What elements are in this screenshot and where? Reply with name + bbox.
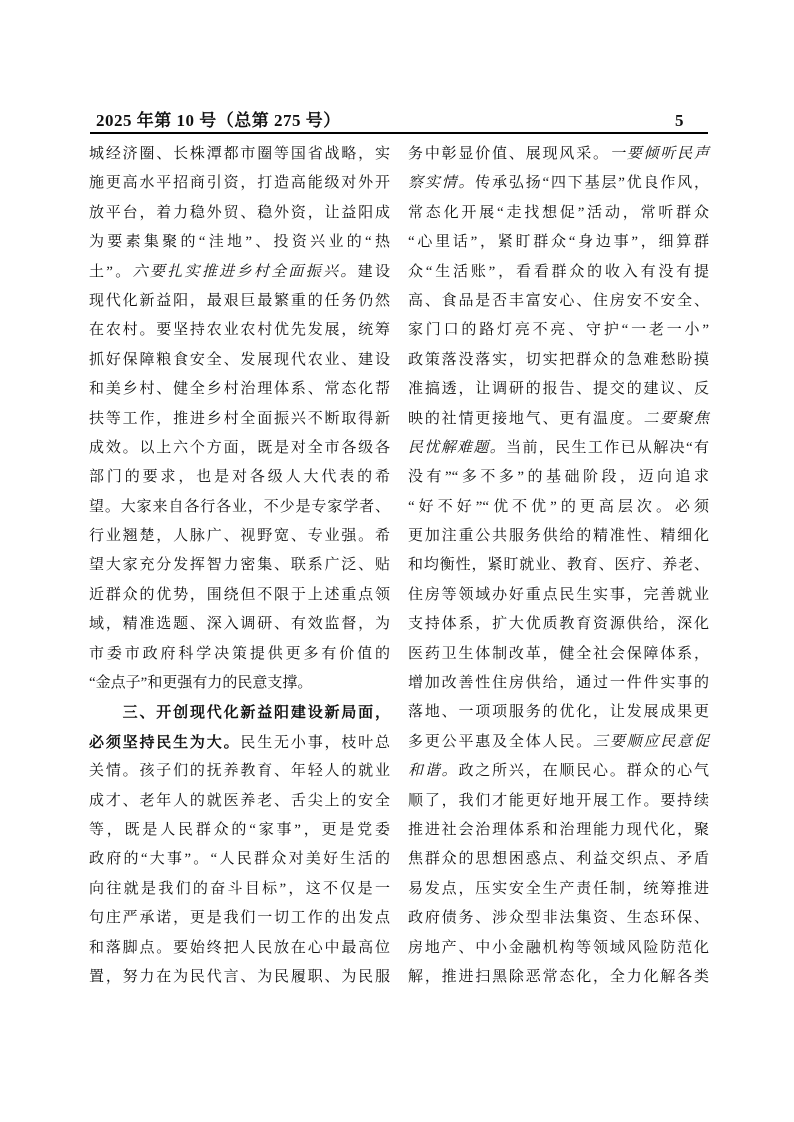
text-line: 等，既是人民群众的“家事”，更是党委: [89, 816, 390, 845]
text-segment: 政府的“大事”。“人民群众对美好生活的: [89, 851, 390, 867]
text-line: 更加注重公共服务供给的精准性、精细化: [408, 522, 709, 551]
emphasis-segment: 二要聚焦: [644, 411, 709, 427]
text-segment: 近群众的优势，围绕但不限于上述重点领: [89, 587, 390, 603]
text-segment: 市委市政府科学决策提供更多有价值的: [89, 646, 390, 662]
text-line: 增加改善性住房供给，通过一件件实事的: [408, 669, 709, 698]
text-line: 常态化开展“走找想促”活动，常听群众: [408, 199, 709, 228]
heading-segment: 必须坚持民生为大。: [89, 734, 240, 751]
text-line: 家门口的路灯亮不亮、守护“一老一小”: [408, 316, 709, 345]
header-rule: [90, 132, 708, 134]
heading-segment: 三、开创现代化新益阳建设新局面，: [123, 704, 390, 721]
text-segment: 家门口的路灯亮不亮、守护“一老一小”: [408, 322, 709, 338]
text-segment: 房地产、中小金融机构等领域风险防范化: [408, 940, 709, 956]
text-segment: 行业翘楚，人脉广、视野宽、专业强。希: [89, 528, 390, 544]
text-segment: 焦群众的思想困惑点、利益交织点、矛盾: [408, 851, 709, 867]
text-line: 为要素集聚的“洼地”、投资兴业的“热: [89, 228, 390, 257]
emphasis-segment: 六要扎实推进乡村全面振兴。: [133, 264, 358, 280]
emphasis-segment: 三要顺应民意促: [593, 734, 709, 750]
text-segment: 众“生活账”，看看群众的收入有没有提: [408, 264, 709, 280]
text-segment: 顺了，我们才能更好地开展工作。要持续: [408, 793, 709, 809]
text-segment: 准搞透，让调研的报告、提交的建议、反: [408, 381, 709, 397]
text-segment: 和落脚点。要始终把人民放在心中最高位: [89, 940, 390, 956]
text-line: 望大家充分发挥智力密集、联系广泛、贴: [89, 551, 390, 580]
text-segment: 城经济圈、长株潭都市圈等国省战略，实: [89, 146, 390, 162]
text-segment: 落地、一项项服务的优化，让发展成果更: [408, 704, 709, 720]
text-segment: 等，既是人民群众的“家事”，更是党委: [89, 822, 390, 838]
text-line: 政府债务、涉众型非法集资、生态环保、: [408, 904, 709, 933]
text-segment: 部门的要求，也是对各级人大代表的希: [89, 469, 390, 485]
text-segment: 政策落没落实，切实把群众的急难愁盼摸: [408, 352, 709, 368]
text-segment: 在农村。要坚持农业农村优先发展，统筹: [89, 322, 390, 338]
text-line: 房地产、中小金融机构等领域风险防范化: [408, 934, 709, 963]
emphasis-segment: 一要倾听民声: [610, 146, 709, 162]
text-segment: 解，推进扫黑除恶常态化，全力化解各类: [408, 969, 709, 985]
text-column-left: 城经济圈、长株潭都市圈等国省战略，实施更高水平招商引资，打造高能级对外开放平台，…: [89, 140, 390, 992]
text-line: 部门的要求，也是对各级人大代表的希: [89, 463, 390, 492]
text-line: 准搞透，让调研的报告、提交的建议、反: [408, 375, 709, 404]
text-line: 置，努力在为民代言、为民履职、为民服: [89, 963, 390, 992]
text-segment: 支持体系，扩大优质教育资源供给，深化: [408, 616, 709, 632]
text-segment: “心里话”，紧盯群众“身边事”，细算群: [408, 234, 709, 250]
text-line: “心里话”，紧盯群众“身边事”，细算群: [408, 228, 709, 257]
text-line: 高、食品是否丰富安心、住房安不安全、: [408, 287, 709, 316]
text-segment: 望大家充分发挥智力密集、联系广泛、贴: [89, 557, 390, 573]
text-line: 现代化新益阳，最艰巨最繁重的任务仍然: [89, 287, 390, 316]
text-segment: 医药卫生体制改革，健全社会保障体系，: [408, 646, 709, 662]
text-segment: 望。大家来自各行各业，不少是专家学者、: [89, 499, 390, 515]
text-line: 扶等工作，推进乡村全面振兴不断取得新: [89, 405, 390, 434]
text-segment: 传承弘扬“四下基层”优良作风，: [475, 175, 709, 191]
text-line: 放平台，着力稳外贸、稳外资，让益阳成: [89, 199, 390, 228]
text-segment: 住房等领域办好重点民生实事，完善就业: [408, 587, 709, 603]
text-segment: 成效。以上六个方面，既是对全市各级各: [89, 440, 390, 456]
text-segment: 没有”“多不多”的基础阶段，迈向追求: [408, 469, 709, 485]
text-line: 市委市政府科学决策提供更多有价值的: [89, 640, 390, 669]
text-line: 和均衡性，紧盯就业、教育、医疗、养老、: [408, 551, 709, 580]
text-segment: 当前，民生工作已从解决“有: [506, 440, 709, 456]
text-line: 望。大家来自各行各业，不少是专家学者、: [89, 493, 390, 522]
text-line: 在农村。要坚持农业农村优先发展，统筹: [89, 316, 390, 345]
issue-info: 2025 年第 10 号（总第 275 号）: [90, 106, 341, 131]
text-line: “金点子”和更强有力的民意支撑。: [89, 669, 390, 698]
text-segment: 施更高水平招商引资，打造高能级对外开: [89, 175, 390, 191]
text-line: 必须坚持民生为大。民生无小事，枝叶总: [89, 728, 390, 757]
text-segment: 放平台，着力稳外贸、稳外资，让益阳成: [89, 205, 390, 221]
text-line: 成才、老年人的就医养老、舌尖上的安全: [89, 787, 390, 816]
text-line: 落地、一项项服务的优化，让发展成果更: [408, 698, 709, 727]
text-segment: 映的社情更接地气、更有温度。: [408, 411, 644, 427]
text-segment: “好不好”“优不优”的更高层次。必须: [408, 499, 709, 515]
text-line: 解，推进扫黑除恶常态化，全力化解各类: [408, 963, 709, 992]
text-line: 和落脚点。要始终把人民放在心中最高位: [89, 934, 390, 963]
text-segment: 关情。孩子们的抚养教育、年轻人的就业: [89, 763, 390, 779]
text-line: 近群众的优势，围绕但不限于上述重点领: [89, 581, 390, 610]
text-line: 成效。以上六个方面，既是对全市各级各: [89, 434, 390, 463]
text-segment: 政府债务、涉众型非法集资、生态环保、: [408, 910, 709, 926]
text-segment: 易发点，压实安全生产责任制，统筹推进: [408, 881, 709, 897]
text-line: 句庄严承诺，更是我们一切工作的出发点: [89, 904, 390, 933]
text-line: 政府的“大事”。“人民群众对美好生活的: [89, 845, 390, 874]
text-column-right: 务中彰显价值、展现风采。一要倾听民声察实情。传承弘扬“四下基层”优良作风，常态化…: [408, 140, 709, 992]
text-segment: 常态化开展“走找想促”活动，常听群众: [408, 205, 709, 221]
text-line: 易发点，压实安全生产责任制，统筹推进: [408, 875, 709, 904]
text-line: 施更高水平招商引资，打造高能级对外开: [89, 169, 390, 198]
text-line: 行业翘楚，人脉广、视野宽、专业强。希: [89, 522, 390, 551]
text-segment: 政之所兴，在顺民心。群众的心气: [458, 763, 709, 779]
text-segment: 土”。: [89, 264, 133, 280]
text-segment: 向往就是我们的奋斗目标”，这不仅是一: [89, 881, 390, 897]
text-line: 顺了，我们才能更好地开展工作。要持续: [408, 787, 709, 816]
text-segment: 为要素集聚的“洼地”、投资兴业的“热: [89, 234, 390, 250]
text-line: 众“生活账”，看看群众的收入有没有提: [408, 258, 709, 287]
page-header: 2025 年第 10 号（总第 275 号） 5: [90, 106, 708, 131]
text-segment: 务中彰显价值、展现风采。: [408, 146, 610, 162]
text-segment: 推进社会治理体系和治理能力现代化，聚: [408, 822, 709, 838]
text-line: “好不好”“优不优”的更高层次。必须: [408, 493, 709, 522]
text-line: 关情。孩子们的抚养教育、年轻人的就业: [89, 757, 390, 786]
text-line: 向往就是我们的奋斗目标”，这不仅是一: [89, 875, 390, 904]
text-line: 民忧解难题。当前，民生工作已从解决“有: [408, 434, 709, 463]
text-line: 映的社情更接地气、更有温度。二要聚焦: [408, 405, 709, 434]
text-segment: 多更公平惠及全体人民。: [408, 734, 593, 750]
text-line: 多更公平惠及全体人民。三要顺应民意促: [408, 728, 709, 757]
text-columns: 城经济圈、长株潭都市圈等国省战略，实施更高水平招商引资，打造高能级对外开放平台，…: [89, 140, 709, 992]
text-segment: 域，精准选题、深入调研、有效监督，为: [89, 616, 390, 632]
text-segment: 更加注重公共服务供给的精准性、精细化: [408, 528, 709, 544]
text-line: 焦群众的思想困惑点、利益交织点、矛盾: [408, 845, 709, 874]
text-line: 和谐。政之所兴，在顺民心。群众的心气: [408, 757, 709, 786]
text-line: 务中彰显价值、展现风采。一要倾听民声: [408, 140, 709, 169]
text-segment: 现代化新益阳，最艰巨最繁重的任务仍然: [89, 293, 390, 309]
text-segment: 民生无小事，枝叶总: [240, 735, 390, 751]
text-line: 域，精准选题、深入调研、有效监督，为: [89, 610, 390, 639]
text-line: 三、开创现代化新益阳建设新局面，: [89, 698, 390, 727]
text-segment: [89, 705, 123, 721]
text-line: 土”。六要扎实推进乡村全面振兴。建设: [89, 258, 390, 287]
text-segment: “金点子”和更强有力的民意支撑。: [89, 675, 312, 691]
emphasis-segment: 察实情。: [408, 175, 475, 191]
text-line: 医药卫生体制改革，健全社会保障体系，: [408, 640, 709, 669]
text-segment: 扶等工作，推进乡村全面振兴不断取得新: [89, 411, 390, 427]
text-line: 政策落没落实，切实把群众的急难愁盼摸: [408, 346, 709, 375]
text-segment: 句庄严承诺，更是我们一切工作的出发点: [89, 910, 390, 926]
text-line: 城经济圈、长株潭都市圈等国省战略，实: [89, 140, 390, 169]
text-line: 没有”“多不多”的基础阶段，迈向追求: [408, 463, 709, 492]
text-segment: 和均衡性，紧盯就业、教育、医疗、养老、: [408, 557, 709, 573]
text-segment: 建设: [358, 264, 390, 280]
document-page: 2025 年第 10 号（总第 275 号） 5 城经济圈、长株潭都市圈等国省战…: [0, 0, 794, 1122]
text-segment: 置，努力在为民代言、为民履职、为民服: [89, 969, 390, 985]
text-segment: 和美乡村、健全乡村治理体系、常态化帮: [89, 381, 390, 397]
text-line: 和美乡村、健全乡村治理体系、常态化帮: [89, 375, 390, 404]
text-line: 支持体系，扩大优质教育资源供给，深化: [408, 610, 709, 639]
emphasis-segment: 和谐。: [408, 763, 458, 779]
text-line: 察实情。传承弘扬“四下基层”优良作风，: [408, 169, 709, 198]
text-segment: 抓好保障粮食安全、发展现代农业、建设: [89, 352, 390, 368]
text-segment: 成才、老年人的就医养老、舌尖上的安全: [89, 793, 390, 809]
text-line: 推进社会治理体系和治理能力现代化，聚: [408, 816, 709, 845]
page-number: 5: [675, 111, 708, 131]
emphasis-segment: 民忧解难题。: [408, 440, 506, 456]
text-line: 住房等领域办好重点民生实事，完善就业: [408, 581, 709, 610]
text-segment: 高、食品是否丰富安心、住房安不安全、: [408, 293, 709, 309]
text-line: 抓好保障粮食安全、发展现代农业、建设: [89, 346, 390, 375]
text-segment: 增加改善性住房供给，通过一件件实事的: [408, 675, 709, 691]
